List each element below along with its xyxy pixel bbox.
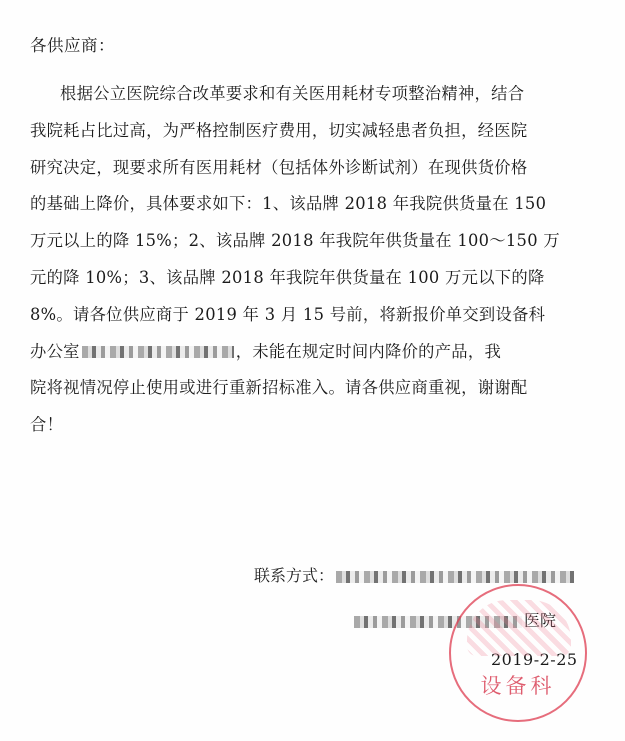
hospital-suffix: 医院 [524, 611, 556, 630]
letter-greeting: 各供应商： [30, 32, 115, 56]
redacted-contact-info [336, 571, 574, 583]
body-line-2: 我院耗占比过高，为严格控制医疗费用，切实减轻患者负担，经医院 [30, 113, 482, 150]
office-suffix: ，未能在规定时间内降价的产品，我 [236, 342, 501, 361]
contact-label: 联系方式： [254, 566, 334, 585]
body-line-9: 院将视情况停止使用或进行重新招标准入。请各供应商重视，谢谢配 [30, 370, 482, 407]
body-line-3: 研究决定，现要求所有医用耗材（包括体外诊断试剂）在现供货价格 [30, 150, 482, 187]
office-prefix: 办公室 [30, 342, 80, 361]
hospital-signature: 医院 [352, 608, 556, 631]
body-line-1: 根据公立医院综合改革要求和有关医用耗材专项整治精神，结合 [30, 76, 482, 113]
body-line-8: 办公室，未能在规定时间内降价的产品，我 [30, 334, 482, 371]
redacted-office-info [82, 346, 234, 358]
body-line-6: 元的降 10%；3、该品牌 2018 年我院年供货量在 100 万元以下的降 [30, 260, 482, 297]
scanned-letter-page: 各供应商： 根据公立医院综合改革要求和有关医用耗材专项整治精神，结合 我院耗占比… [0, 0, 625, 741]
body-line-4: 的基础上降价，具体要求如下：1、该品牌 2018 年我院供货量在 150 [30, 186, 482, 223]
letter-date: 2019-2-25 [491, 650, 578, 669]
body-line-10: 合！ [30, 407, 482, 444]
contact-line: 联系方式： [254, 563, 576, 586]
redacted-hospital-name [354, 616, 522, 628]
body-line-7: 8%。请各位供应商于 2019 年 3 月 15 号前，将新报价单交到设备科 [30, 297, 482, 334]
letter-body: 根据公立医院综合改革要求和有关医用耗材专项整治精神，结合 我院耗占比过高，为严格… [30, 76, 482, 444]
body-line-5: 万元以上的降 15%；2、该品牌 2018 年我院年供货量在 100～150 万 [30, 223, 482, 260]
seal-department-text: 设备科 [451, 670, 585, 700]
